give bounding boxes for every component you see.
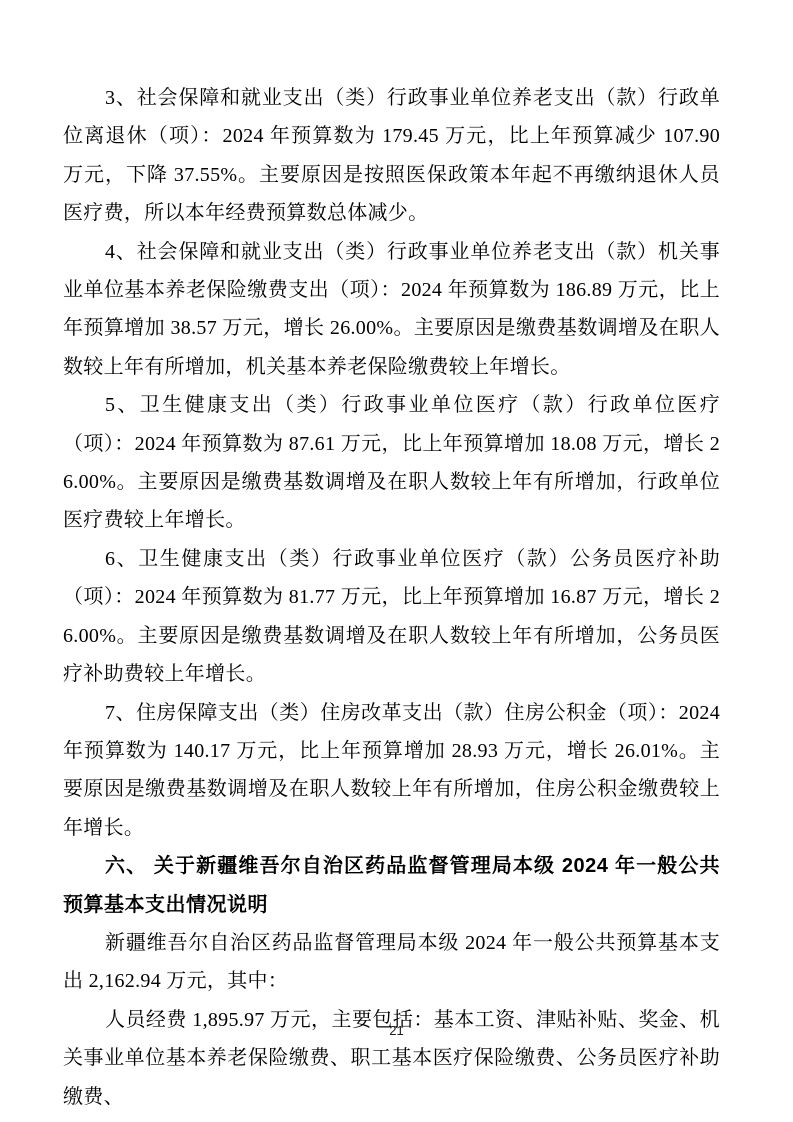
paragraph-social-security-retiree: 3、社会保障和就业支出（类）行政事业单位养老支出（款）行政单位离退休（项）：20… — [63, 79, 720, 233]
page-content: 3、社会保障和就业支出（类）行政事业单位养老支出（款）行政单位离退休（项）：20… — [63, 79, 720, 1116]
paragraph-health-civil-servant-subsidy: 6、卫生健康支出（类）行政事业单位医疗（款）公务员医疗补助（项）：2024 年预… — [63, 540, 720, 694]
page-footer: 21 — [0, 1022, 793, 1040]
paragraph-basic-expenditure-total: 新疆维吾尔自治区药品监督管理局本级 2024 年一般公共预算基本支出 2,162… — [63, 924, 720, 1001]
paragraph-health-admin-medical: 5、卫生健康支出（类）行政事业单位医疗（款）行政单位医疗（项）：2024 年预算… — [63, 386, 720, 540]
paragraph-housing-fund: 7、住房保障支出（类）住房改革支出（款）住房公积金（项）：2024 年预算数为 … — [63, 694, 720, 848]
section-heading-basic-expenditure: 六、 关于新疆维吾尔自治区药品监督管理局本级 2024 年一般公共预算基本支出情… — [63, 847, 720, 924]
paragraph-social-security-pension-contribution: 4、社会保障和就业支出（类）行政事业单位养老支出（款）机关事业单位基本养老保险缴… — [63, 233, 720, 387]
paragraph-personnel-expense: 人员经费 1,895.97 万元，主要包括：基本工资、津贴补贴、奖金、机关事业单… — [63, 1001, 720, 1116]
page-number: 21 — [389, 1023, 403, 1038]
document-page: 3、社会保障和就业支出（类）行政事业单位养老支出（款）行政单位离退休（项）：20… — [0, 0, 793, 1122]
